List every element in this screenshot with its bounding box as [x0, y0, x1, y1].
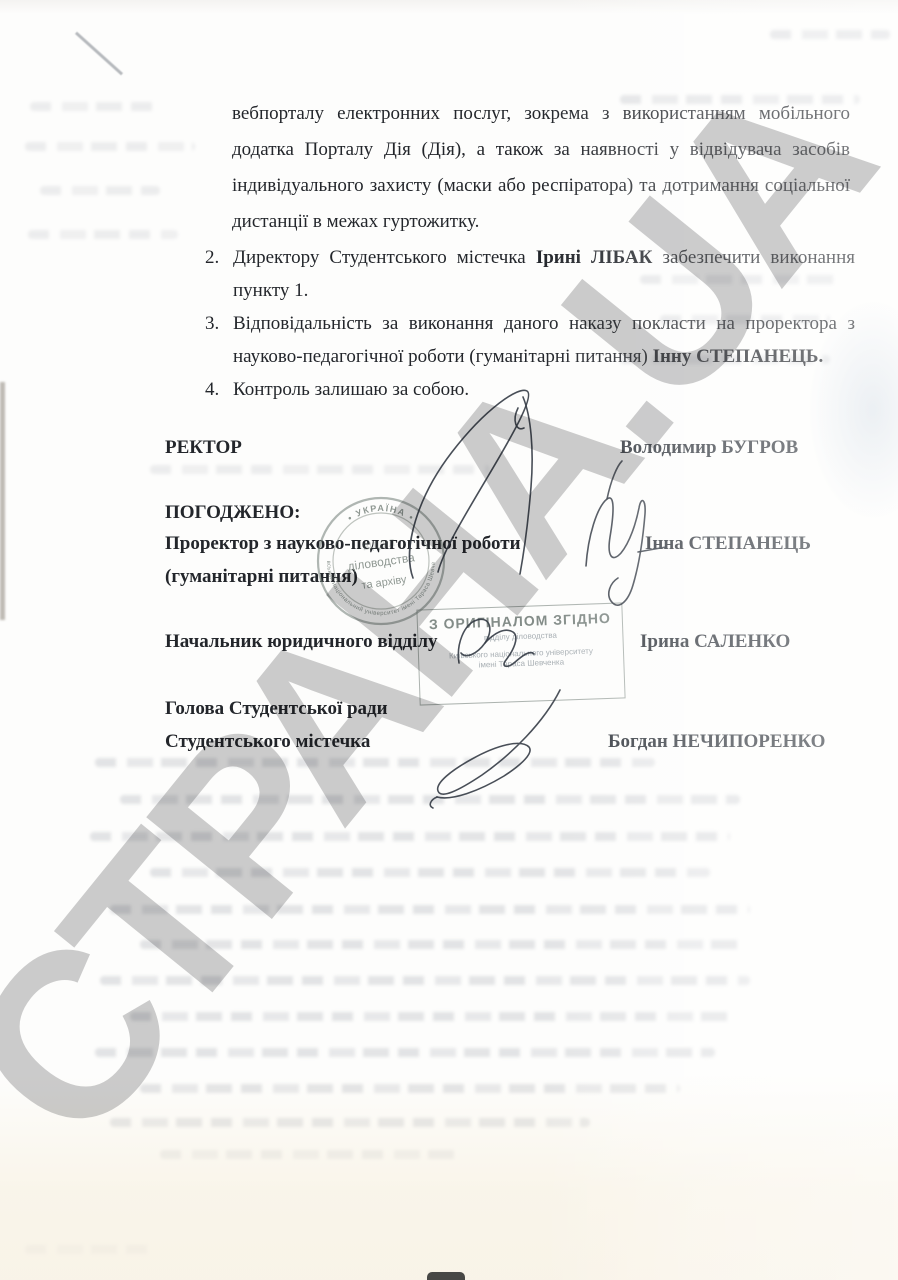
student-head-signature	[430, 690, 560, 808]
vice-rector-signature	[586, 461, 666, 605]
scanned-document-page: вебпорталу електронних послуг, зокрема з…	[0, 0, 898, 1280]
handwritten-signatures	[0, 0, 898, 1280]
legal-head-signature	[458, 619, 534, 666]
rector-signature	[410, 390, 533, 578]
bottom-edge-artifact	[427, 1272, 465, 1280]
